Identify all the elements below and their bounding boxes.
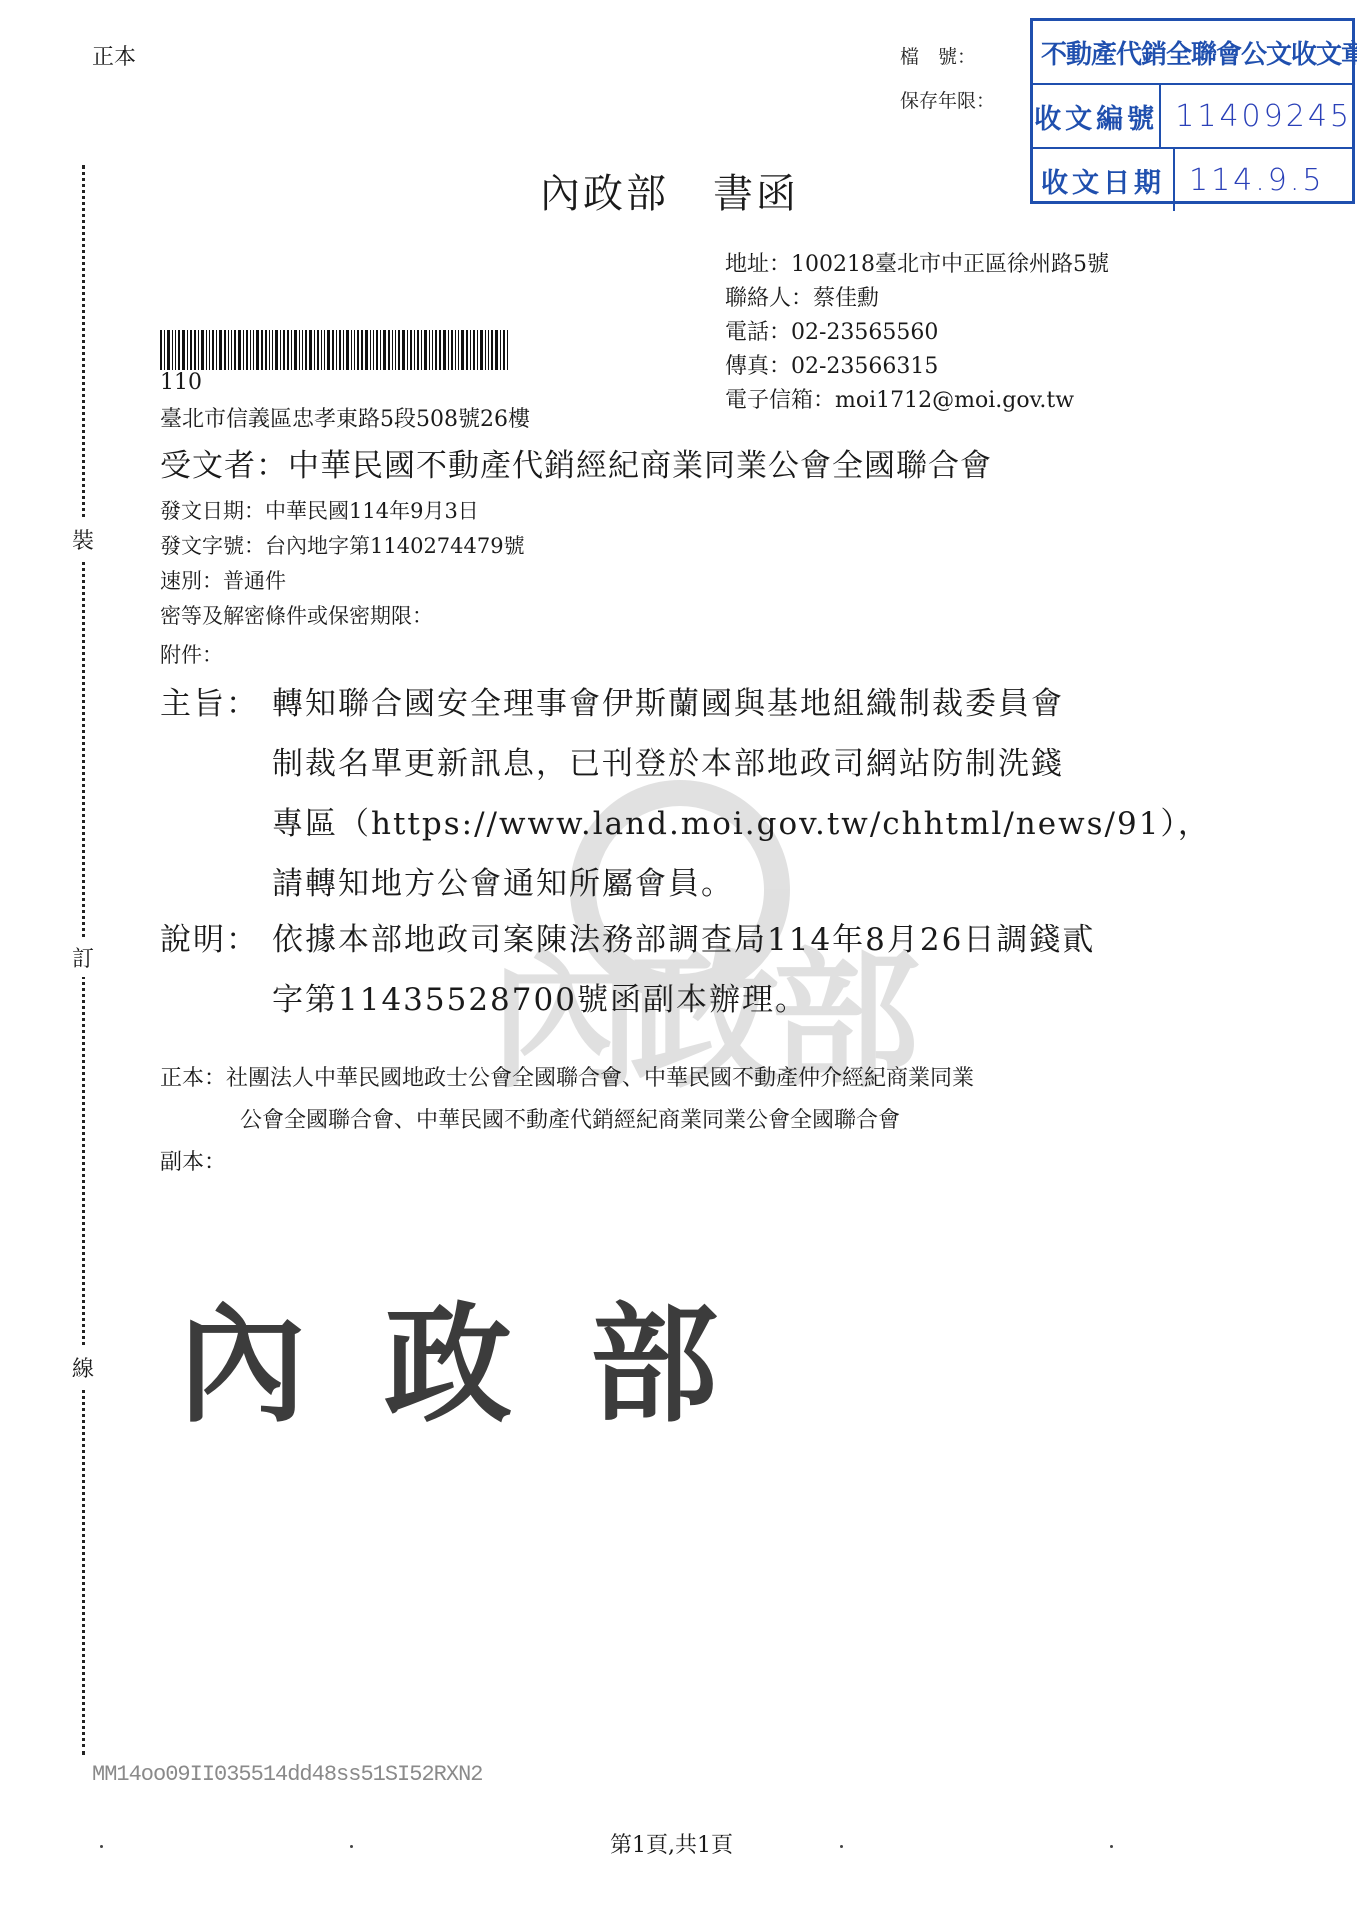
document-meta: 發文日期：中華民國114年9月3日 發文字號：台內地字第1140274479號 … [160,494,525,673]
document-title-type: 書函 [713,171,799,217]
original-recipients-cont: 公會全國聯合會、中華民國不動產代銷經紀商業同業公會全國聯合會 [160,1100,974,1142]
subject-label: 主旨： [160,674,272,734]
original-recipients: 正本：社團法人中華民國地政士公會全國聯合會、中華民國不動產仲介經紀商業同業 [160,1058,974,1100]
explanation-section: 說明：依據本部地政司案陳法務部調查局114年8月26日調錢貳 字第1143552… [160,910,1095,1030]
subject-line: 專區（https://www.land.moi.gov.tw/chhtml/ne… [160,794,1211,854]
document-title: 內政部書函 [540,162,799,219]
issue-number: 發文字號：台內地字第1140274479號 [160,529,525,564]
document-title-org: 內政部 [540,171,669,217]
binding-label-line: 線 [72,1348,94,1387]
receipt-stamp: 不動產代銷全聯會公文收文章 收文編號 11409245 收文日期 114.9.5 [1030,18,1355,204]
receipt-date-value: 114.9.5 [1175,163,1352,198]
explanation-line: 字第11435528700號函副本辦理。 [160,970,1095,1030]
secrecy-level: 密等及解密條件或保密期限： [160,599,525,634]
contact-fax: 傳真：02-23566315 [725,350,1109,384]
mail-barcode [160,330,650,370]
subject-line: 請轉知地方公會通知所屬會員。 [160,854,1211,914]
attachment: 附件： [160,638,525,673]
subject-line: 轉知聯合國安全理事會伊斯蘭國與基地組織制裁委員會 [272,686,1064,722]
receipt-number-label: 收文編號 [1033,85,1161,147]
receipt-stamp-title: 不動產代銷全聯會公文收文章 [1033,34,1357,71]
footer-dot [350,1845,353,1848]
speed-class: 速別：普通件 [160,564,525,599]
footer-dot [840,1845,843,1848]
recipient: 受文者：中華民國不動產代銷經紀商業同業公會全國聯合會 [160,440,992,485]
issue-date: 發文日期：中華民國114年9月3日 [160,494,525,529]
page-number: 第1頁,共1頁 [610,1828,733,1859]
receipt-date-label: 收文日期 [1033,149,1175,211]
copy-type-label: 正本 [92,40,136,71]
archive-number-label: 檔 號： [900,42,976,69]
binding-label-bind: 裝 [72,520,94,559]
sender-address: 地址：100218臺北市中正區徐州路5號 [725,248,1109,282]
subject-section: 主旨：轉知聯合國安全理事會伊斯蘭國與基地組織制裁委員會 制裁名單更新訊息，已刊登… [160,674,1211,914]
binding-label-staple: 訂 [72,938,94,977]
explanation-label: 說明： [160,910,272,970]
subject-line: 制裁名單更新訊息，已刊登於本部地政司網站防制洗錢 [160,734,1211,794]
receipt-number-value: 11409245 [1161,99,1352,134]
copy-recipients: 副本： [160,1142,974,1184]
explanation-line: 依據本部地政司案陳法務部調查局114年8月26日調錢貳 [272,922,1095,958]
footer-dot [100,1845,103,1848]
ministry-seal: 內政部 [178,1262,796,1446]
footer-dot [1110,1845,1113,1848]
contact-email: 電子信箱：moi1712@moi.gov.tw [725,384,1109,418]
document-serial: MM14oo09II035514dd48ss51SI52RXN2 [92,1762,482,1787]
contact-person: 聯絡人：蔡佳勳 [725,282,1109,316]
retention-period-label: 保存年限： [900,86,995,113]
mailing-address: 臺北市信義區忠孝東路5段508號26樓 [160,402,530,433]
contact-phone: 電話：02-23565560 [725,316,1109,350]
distribution-section: 正本：社團法人中華民國地政士公會全國聯合會、中華民國不動產仲介經紀商業同業 公會… [160,1058,974,1184]
sender-contact-block: 地址：100218臺北市中正區徐州路5號 聯絡人：蔡佳勳 電話：02-23565… [725,248,1109,418]
mailing-zip: 110 [160,370,202,395]
